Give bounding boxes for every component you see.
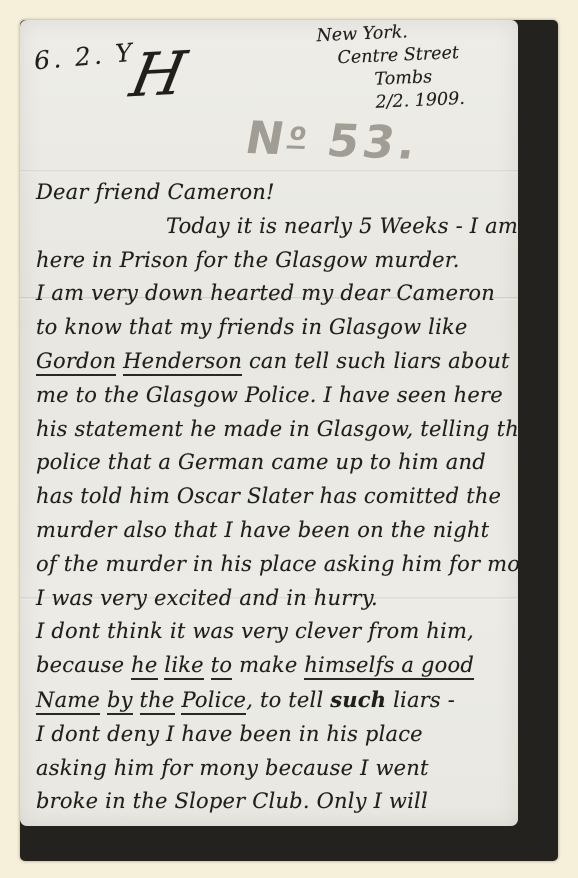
underlined-text: like bbox=[164, 653, 203, 680]
letter-body: Dear friend Cameron!Today it is nearly 5… bbox=[36, 176, 512, 819]
letter-text: of the murder in his place asking him fo… bbox=[36, 552, 518, 576]
paper-fold-line bbox=[20, 170, 518, 173]
letter-line: here in Prison for the Glasgow murder. bbox=[36, 244, 512, 278]
letter-text: I dont deny I have been in his place bbox=[36, 722, 423, 746]
letter-text: can tell such liars about bbox=[242, 349, 510, 373]
letter-text bbox=[133, 688, 140, 712]
letter-text: has told him Oscar Slater has comitted t… bbox=[36, 484, 501, 508]
underlined-text: Gordon bbox=[36, 349, 116, 376]
letter-text: I dont think it was very clever from him… bbox=[36, 619, 474, 643]
letter-text bbox=[100, 688, 107, 712]
letter-text: his statement he made in Glasgow, tellin… bbox=[36, 417, 518, 441]
letter-line: I dont think it was very clever from him… bbox=[36, 615, 512, 649]
letter-text: murder also that I have been on the nigh… bbox=[36, 518, 489, 542]
letter-text bbox=[204, 653, 211, 677]
letter-text: Today it is nearly 5 Weeks - I am kept bbox=[166, 214, 518, 238]
letter-line: I am very down hearted my dear Cameron bbox=[36, 277, 512, 311]
scanned-letter-photo: { "photo": { "docket": "6. 2. Y", "monog… bbox=[0, 0, 578, 878]
case-number-stamp: No 53. bbox=[241, 111, 424, 170]
letter-line: because he like to make himselfs a good bbox=[36, 649, 512, 683]
underlined-text: himselfs a good bbox=[304, 653, 474, 680]
letter-line: his statement he made in Glasgow, tellin… bbox=[36, 413, 512, 447]
letter-text: I am very down hearted my dear Cameron bbox=[36, 281, 495, 305]
letter-line: murder also that I have been on the nigh… bbox=[36, 514, 512, 548]
letter-line: I dont deny I have been in his place bbox=[36, 718, 512, 752]
underlined-text: by bbox=[107, 688, 133, 715]
letter-text: Dear friend Cameron! bbox=[36, 180, 275, 204]
letter-text: me to the Glasgow Police. I have seen he… bbox=[36, 383, 503, 407]
letter-line: Today it is nearly 5 Weeks - I am kept bbox=[36, 210, 512, 244]
letter-text: liars - bbox=[386, 688, 455, 712]
letter-text: , to tell bbox=[246, 688, 330, 712]
case-number-value: 53. bbox=[323, 114, 424, 170]
letter-line: police that a German came up to him and bbox=[36, 446, 512, 480]
dateline-block: New York. Centre Street Tombs 2/2. 1909. bbox=[316, 20, 465, 117]
letter-line: of the murder in his place asking him fo… bbox=[36, 548, 512, 582]
underlined-text: Henderson bbox=[123, 349, 242, 376]
letter-text: here in Prison for the Glasgow murder. bbox=[36, 248, 460, 272]
letter-text: asking him for mony because I went bbox=[36, 756, 429, 780]
letter-line: broke in the Sloper Club. Only I will bbox=[36, 785, 512, 819]
letter-line: Dear friend Cameron! bbox=[36, 176, 512, 210]
letter-text: I was very excited and in hurry. bbox=[36, 586, 378, 610]
letter-line: to know that my friends in Glasgow like bbox=[36, 311, 512, 345]
underlined-text: he bbox=[131, 653, 157, 680]
letter-text: make bbox=[232, 653, 304, 677]
underlined-text: Police bbox=[181, 688, 246, 715]
letter-text: such bbox=[330, 687, 386, 712]
letter-line: me to the Glasgow Police. I have seen he… bbox=[36, 379, 512, 413]
letter-line: Name by the Police, to tell such liars - bbox=[36, 683, 512, 718]
letter-line: I was very excited and in hurry. bbox=[36, 582, 512, 616]
underlined-text: the bbox=[140, 688, 175, 715]
underlined-text: to bbox=[211, 653, 232, 680]
underlined-text: Name bbox=[36, 688, 100, 715]
docket-annotation: 6. 2. Y bbox=[33, 38, 136, 76]
letter-text: because bbox=[36, 653, 131, 677]
monogram-annotation: H bbox=[125, 39, 192, 112]
letter-line: Gordon Henderson can tell such liars abo… bbox=[36, 345, 512, 379]
dateline-date: 2/2. 1909. bbox=[375, 88, 465, 115]
letter-text: to know that my friends in Glasgow like bbox=[36, 315, 468, 339]
letter-text: police that a German came up to him and bbox=[36, 450, 486, 474]
letter-line: asking him for mony because I went bbox=[36, 752, 512, 786]
case-number-prefix: N bbox=[241, 111, 292, 165]
letter-text: broke in the Sloper Club. Only I will bbox=[36, 789, 428, 813]
letter-paper: 6. 2. Y H New York. Centre Street Tombs … bbox=[20, 20, 518, 826]
letter-line: has told him Oscar Slater has comitted t… bbox=[36, 480, 512, 514]
